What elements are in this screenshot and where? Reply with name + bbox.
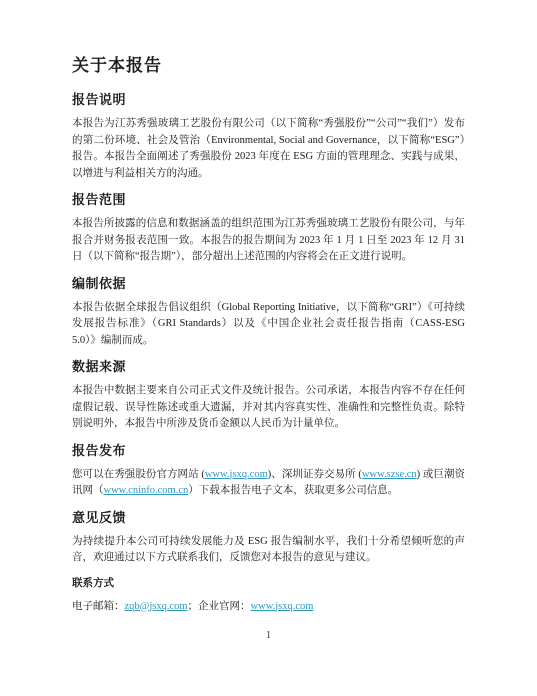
document-content: 关于本报告 报告说明 本报告为江苏秀强玻璃工艺股份有限公司（以下简称“秀强股份”…	[72, 0, 465, 615]
release-text-1: 您可以在秀强股份官方网站 (	[72, 469, 205, 480]
contact-heading: 联系方式	[72, 577, 465, 591]
section-heading-data-source: 数据来源	[72, 359, 465, 375]
corporate-website-link[interactable]: www.jsxq.com	[251, 601, 314, 612]
section-heading-basis: 编制依据	[72, 276, 465, 292]
section-body-basis: 本报告依据全球报告倡议组织（Global Reporting Initiativ…	[72, 300, 465, 350]
contact-line: 电子邮箱：zqb@jsxq.com；企业官网：www.jsxq.com	[72, 599, 465, 616]
section-body-feedback: 为持续提升本公司可持续发展能力及 ESG 报告编制水平，我们十分希望倾听您的声音…	[72, 534, 465, 567]
release-text-2: )、深圳证券交易所 (	[268, 469, 362, 480]
email-label: 电子邮箱：	[72, 601, 125, 612]
section-heading-release: 报告发布	[72, 443, 465, 459]
release-text-4: ）下载本报告电子文本，获取更多公司信息。	[188, 485, 398, 496]
section-body-scope: 本报告所披露的信息和数据涵盖的组织范围为江苏秀强玻璃工艺股份有限公司，与年报合并…	[72, 216, 465, 266]
company-website-link[interactable]: www.jsxq.com	[205, 469, 268, 480]
section-heading-description: 报告说明	[72, 92, 465, 108]
section-body-description: 本报告为江苏秀强玻璃工艺股份有限公司（以下简称“秀强股份”“公司”“我们”）发布…	[72, 116, 465, 182]
contact-separator: ；企业官网：	[188, 601, 251, 612]
szse-website-link[interactable]: www.szse.cn	[362, 469, 417, 480]
page-number: 1	[0, 630, 537, 641]
section-heading-scope: 报告范围	[72, 192, 465, 208]
page-title: 关于本报告	[72, 54, 465, 78]
section-body-data-source: 本报告中数据主要来自公司正式文件及统计报告。公司承诺，本报告内容不存在任何虚假记…	[72, 383, 465, 433]
section-heading-feedback: 意见反馈	[72, 510, 465, 526]
email-link[interactable]: zqb@jsxq.com	[125, 601, 188, 612]
document-page: 关于本报告 报告说明 本报告为江苏秀强玻璃工艺股份有限公司（以下简称“秀强股份”…	[0, 0, 537, 696]
section-body-release: 您可以在秀强股份官方网站 (www.jsxq.com)、深圳证券交易所 (www…	[72, 467, 465, 500]
cninfo-website-link[interactable]: www.cninfo.com.cn	[104, 485, 189, 496]
